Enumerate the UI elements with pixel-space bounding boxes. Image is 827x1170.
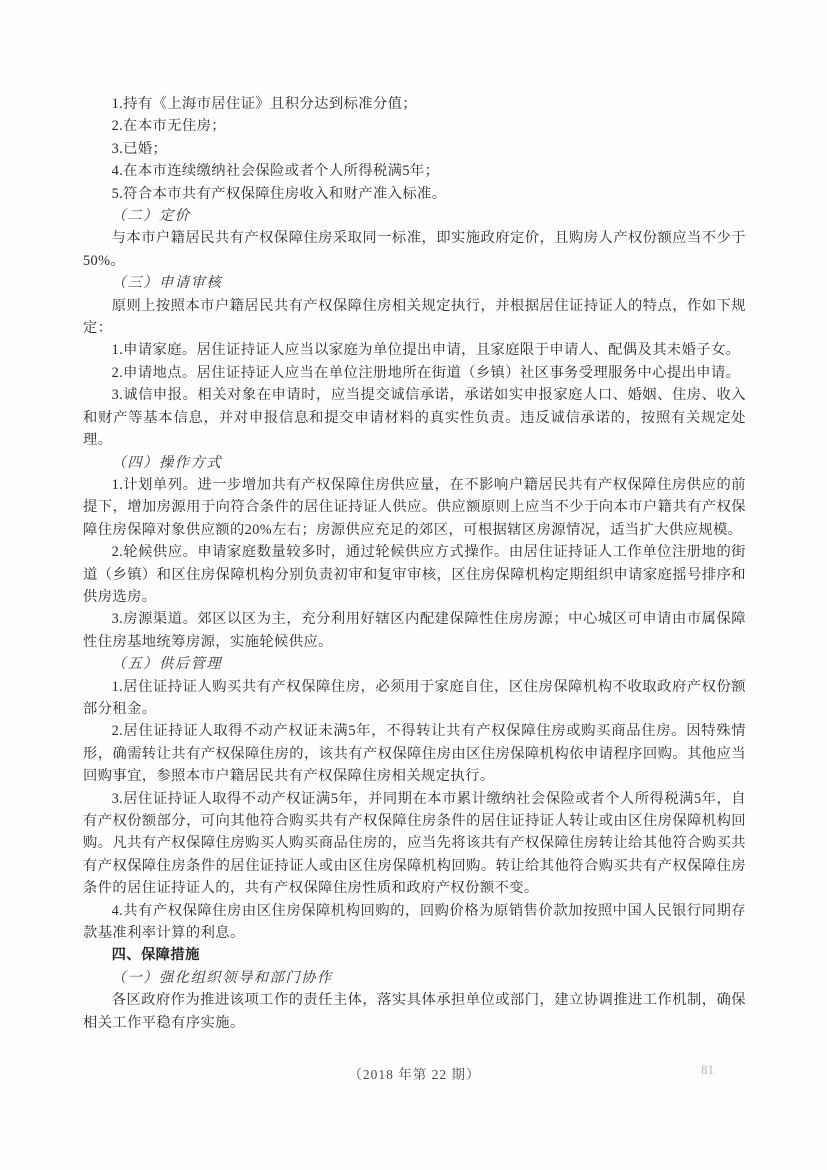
paragraph: 1.居住证持证人购买共有产权保障住房，必须用于家庭自住，区住房保障机构不收取政府… xyxy=(83,676,746,721)
paragraph: 2.在本市无住房； xyxy=(83,115,746,137)
section-heading: （三）申请审核 xyxy=(83,272,746,294)
paragraph: 3.居住证持证人取得不动产权证满5年，并同期在本市累计缴纳社会保险或者个人所得税… xyxy=(83,788,746,900)
paragraph: 2.居住证持证人取得不动产权证未满5年，不得转让共有产权保障住房或购买商品住房。… xyxy=(83,720,746,787)
section-heading: （二）定价 xyxy=(83,205,746,227)
paragraph: 1.申请家庭。居住证持证人应当以家庭为单位提出申请，且家庭限于申请人、配偶及其未… xyxy=(83,339,746,361)
paragraph-container: 1.持有《上海市居住证》且积分达到标准分值；2.在本市无住房；3.已婚；4.在本… xyxy=(83,93,746,1034)
paragraph: 5.符合本市共有产权保障住房收入和财产准入标准。 xyxy=(83,183,746,205)
section-heading: （一）强化组织领导和部门协作 xyxy=(83,967,746,989)
paragraph: 3.诚信申报。相关对象在申请时，应当提交诚信承诺，承诺如实申报家庭人口、婚姻、住… xyxy=(83,384,746,451)
section-heading: （五）供后管理 xyxy=(83,653,746,675)
paragraph: 各区政府作为推进该项工作的责任主体，落实具体承担单位或部门，建立协调推进工作机制… xyxy=(83,989,746,1034)
paragraph: 3.房源渠道。郊区以区为主，充分利用好辖区内配建保障性住房房源；中心城区可申请由… xyxy=(83,608,746,653)
paragraph: 原则上按照本市户籍居民共有产权保障住房相关规定执行，并根据居住证持证人的特点，作… xyxy=(83,295,746,340)
footer-page-number: 81 xyxy=(701,1062,731,1078)
paragraph: 1.计划单列。进一步增加共有产权保障住房供应量，在不影响户籍居民共有产权保障住房… xyxy=(83,474,746,541)
footer-issue-label: （2018 年第 22 期） xyxy=(83,1063,746,1083)
chapter-heading: 四、保障措施 xyxy=(83,944,746,966)
paragraph: 4.在本市连续缴纳社会保险或者个人所得税满5年； xyxy=(83,160,746,182)
document-body: 1.持有《上海市居住证》且积分达到标准分值；2.在本市无住房；3.已婚；4.在本… xyxy=(83,93,746,1034)
paragraph: 1.持有《上海市居住证》且积分达到标准分值； xyxy=(83,93,746,115)
paragraph: 3.已婚； xyxy=(83,138,746,160)
section-heading: （四）操作方式 xyxy=(83,452,746,474)
document-page: 1.持有《上海市居住证》且积分达到标准分值；2.在本市无住房；3.已婚；4.在本… xyxy=(0,0,827,1170)
paragraph: 2.申请地点。居住证持证人应当在单位注册地所在街道（乡镇）社区事务受理服务中心提… xyxy=(83,362,746,384)
paragraph: 4.共有产权保障住房由区住房保障机构回购的，回购价格为原销售价款加按照中国人民银… xyxy=(83,900,746,945)
paragraph: 与本市户籍居民共有产权保障住房采取同一标准，即实施政府定价，且购房人产权份额应当… xyxy=(83,227,746,272)
paragraph: 2.轮候供应。申请家庭数量较多时，通过轮候供应方式操作。由居住证持证人工作单位注… xyxy=(83,541,746,608)
